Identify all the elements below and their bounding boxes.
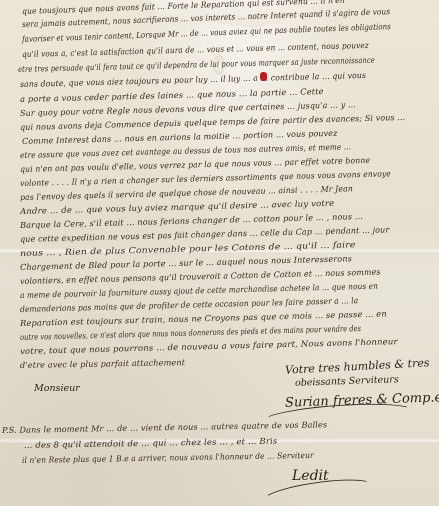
postscript-line: P.S. Dans le moment Mr ... de ... vient … — [2, 419, 327, 435]
body-line: d'etre avec le plus parfait attachement — [20, 357, 185, 370]
closing-line: obeissants Serviteurs — [295, 374, 399, 389]
letter-page: que tousjours que nous avons fait ... Fo… — [0, 0, 439, 506]
salutation: Monsieur — [34, 383, 80, 394]
closing-line: Votre tres humbles & tres — [285, 356, 430, 377]
postscript-line: il n'en Reste plus que 1 B.e a arriver, … — [22, 450, 314, 465]
